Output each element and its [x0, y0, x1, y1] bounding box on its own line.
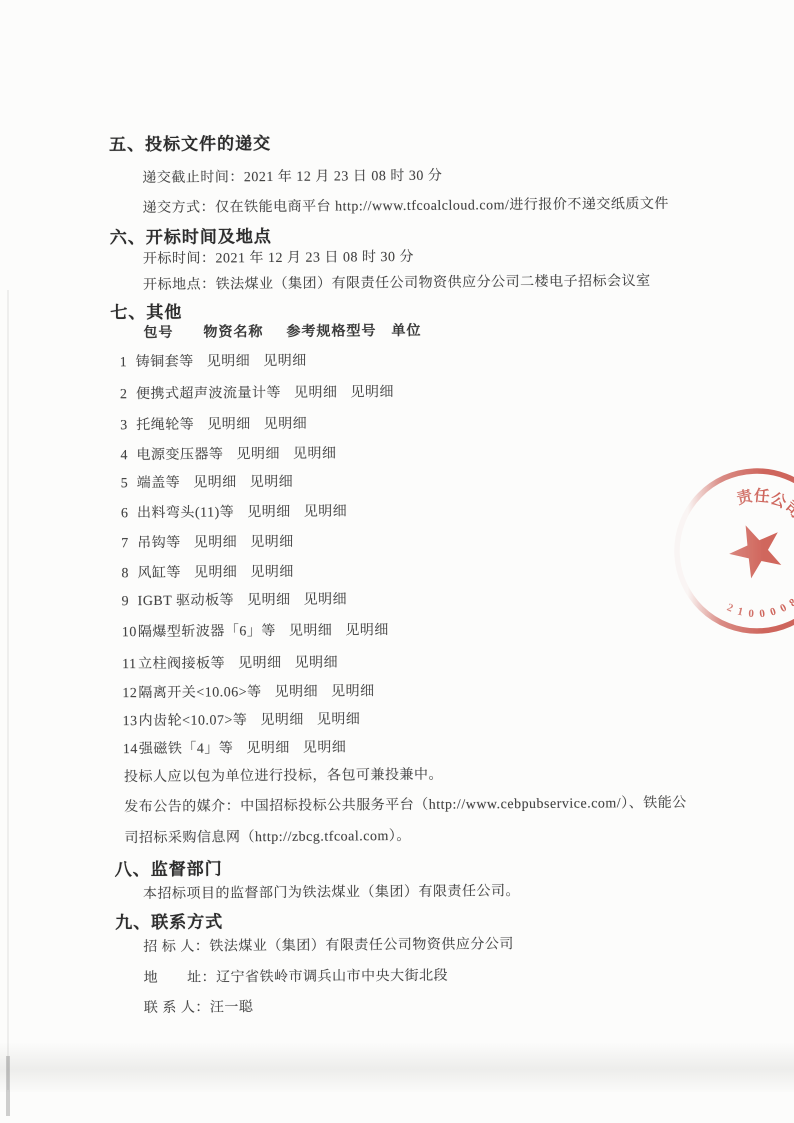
- section9-title: 九、联系方式: [115, 907, 223, 933]
- package-number: 14: [123, 742, 139, 758]
- package-row: 1铸铜套等见明细见明细: [120, 350, 307, 371]
- package-unit: 见明细: [345, 623, 389, 638]
- package-number: 9: [122, 594, 138, 610]
- package-number: 7: [121, 536, 137, 552]
- column-unit: 单位: [391, 320, 421, 340]
- package-row: 9IGBT 驱动板等见明细见明细: [122, 588, 348, 610]
- package-spec: 见明细: [247, 593, 291, 608]
- package-row: 6出料弯头(11)等见明细见明细: [121, 500, 347, 522]
- column-material: 物资名称: [203, 321, 263, 341]
- package-name: 风缸等: [137, 566, 181, 581]
- seal-outer-ring-icon: [651, 445, 794, 656]
- package-row: 4电源变压器等见明细见明细: [120, 442, 336, 464]
- column-spec: 参考规格型号: [286, 320, 376, 341]
- section5-title: 五、投标文件的递交: [109, 129, 271, 155]
- package-unit: 见明细: [250, 535, 294, 550]
- section6-place: 开标地点：铁法煤业（集团）有限责任公司物资供应分公司二楼电子招标会议室: [143, 270, 651, 294]
- package-spec: 见明细: [194, 535, 238, 550]
- scan-shadow-band: [0, 1042, 794, 1092]
- package-spec: 见明细: [275, 685, 319, 700]
- package-name: 强磁铁「4」等: [139, 741, 234, 757]
- package-number: 13: [123, 714, 139, 730]
- package-name: 铸铜套等: [136, 355, 194, 370]
- package-spec: 见明细: [207, 417, 251, 432]
- section5-method: 递交方式：仅在铁能电商平台 http://www.tfcoalcloud.com…: [142, 193, 668, 217]
- package-name: 便携式超声波流量计等: [136, 386, 281, 402]
- package-number: 12: [122, 686, 138, 702]
- package-name: IGBT 驱动板等: [138, 593, 235, 609]
- note-bidding-rule: 投标人应以包为单位进行投标，各包可兼投兼中。: [124, 764, 443, 787]
- package-unit: 见明细: [303, 592, 347, 607]
- package-name: 隔离开关<10.06>等: [138, 685, 261, 701]
- package-number: 11: [122, 657, 138, 673]
- package-name: 出料弯头(11)等: [137, 505, 234, 521]
- package-unit: 见明细: [263, 354, 307, 369]
- section6-title: 六、开标时间及地点: [110, 222, 272, 248]
- package-name: 端盖等: [137, 476, 181, 491]
- package-spec: 见明细: [247, 505, 291, 520]
- package-name: 电源变压器等: [136, 447, 223, 463]
- package-row: 12隔离开关<10.06>等见明细见明细: [122, 680, 374, 702]
- section5-deadline: 递交截止时间：2021 年 12 月 23 日 08 时 30 分: [142, 165, 442, 187]
- package-number: 2: [120, 387, 136, 403]
- scan-edge-line: [7, 290, 9, 1090]
- package-row: 7吊钩等见明细见明细: [121, 531, 294, 552]
- package-unit: 见明细: [264, 417, 308, 432]
- package-number: 6: [121, 506, 137, 522]
- package-unit: 见明细: [317, 712, 361, 727]
- package-spec: 见明细: [294, 385, 338, 400]
- package-unit: 见明细: [350, 385, 394, 400]
- package-spec: 见明细: [260, 713, 304, 728]
- package-row: 10隔爆型斩波器「6」等见明细见明细: [122, 619, 389, 641]
- section8-body: 本招标项目的监督部门为铁法煤业（集团）有限责任公司。: [143, 880, 520, 903]
- package-spec: 见明细: [207, 354, 251, 369]
- package-number: 4: [120, 448, 136, 464]
- package-number: 1: [120, 355, 136, 371]
- contact-address: 地 址：辽宁省铁岭市调兵山市中央大街北段: [144, 965, 449, 987]
- package-row: 14强磁铁「4」等见明细见明细: [123, 736, 347, 758]
- package-row: 2便携式超声波流量计等见明细见明细: [120, 381, 394, 403]
- package-number: 10: [122, 625, 138, 641]
- package-table-header: 包号 物资名称 参考规格型号 单位: [0, 0, 790, 3]
- package-row: 13内齿轮<10.07>等见明细见明细: [122, 708, 360, 730]
- package-unit: 见明细: [331, 684, 375, 699]
- package-number: 5: [121, 476, 137, 492]
- package-name: 吊钩等: [137, 536, 181, 551]
- package-unit: 见明细: [304, 504, 348, 519]
- package-name: 内齿轮<10.07>等: [139, 713, 248, 729]
- package-unit: 见明细: [303, 740, 347, 755]
- package-row: 11立柱阀接板等见明细见明细: [122, 651, 338, 673]
- package-spec: 见明细: [236, 447, 280, 462]
- note-media-line1: 发布公告的媒介：中国招标投标公共服务平台（http://www.cebpubse…: [124, 792, 687, 816]
- package-row: 8风缸等见明细见明细: [121, 561, 294, 582]
- note-media-line2: 司招标采购信息网（http://zbcg.tfcoal.com）。: [124, 825, 411, 847]
- package-spec: 见明细: [194, 565, 238, 580]
- package-spec: 见明细: [238, 656, 282, 671]
- package-name: 隔爆型斩波器「6」等: [138, 624, 276, 640]
- scan-edge-mark: [6, 1056, 10, 1116]
- package-spec: 见明细: [289, 624, 333, 639]
- package-spec: 见明细: [246, 741, 290, 756]
- package-name: 立柱阀接板等: [138, 656, 225, 672]
- company-seal-stamp: 责 任 公 司 招 2100008: [607, 401, 794, 701]
- package-row: 5端盖等见明细见明细: [121, 471, 294, 492]
- contact-person: 联 系 人：汪一聪: [144, 996, 254, 1017]
- package-name: 托绳轮等: [136, 418, 194, 433]
- scanned-document-page: 五、投标文件的递交 递交截止时间：2021 年 12 月 23 日 08 时 3…: [0, 0, 794, 1123]
- package-number: 3: [120, 418, 136, 434]
- package-unit: 见明细: [293, 446, 337, 461]
- seal-star-icon: [721, 515, 790, 583]
- package-unit: 见明细: [250, 475, 294, 490]
- contact-tenderer: 招 标 人：铁法煤业（集团）有限责任公司物资供应分公司: [143, 933, 514, 956]
- package-unit: 见明细: [295, 655, 339, 670]
- package-spec: 见明细: [193, 475, 237, 490]
- section7-title: 七、其他: [110, 298, 182, 324]
- package-number: 8: [121, 566, 137, 582]
- package-unit: 见明细: [250, 565, 294, 580]
- section8-title: 八、监督部门: [115, 854, 223, 880]
- seal-arc-char: 责: [735, 487, 756, 508]
- section6-time: 开标时间：2021 年 12 月 23 日 08 时 30 分: [143, 246, 414, 268]
- column-package: 包号: [143, 322, 173, 342]
- package-row: 3托绳轮等见明细见明细: [120, 413, 307, 434]
